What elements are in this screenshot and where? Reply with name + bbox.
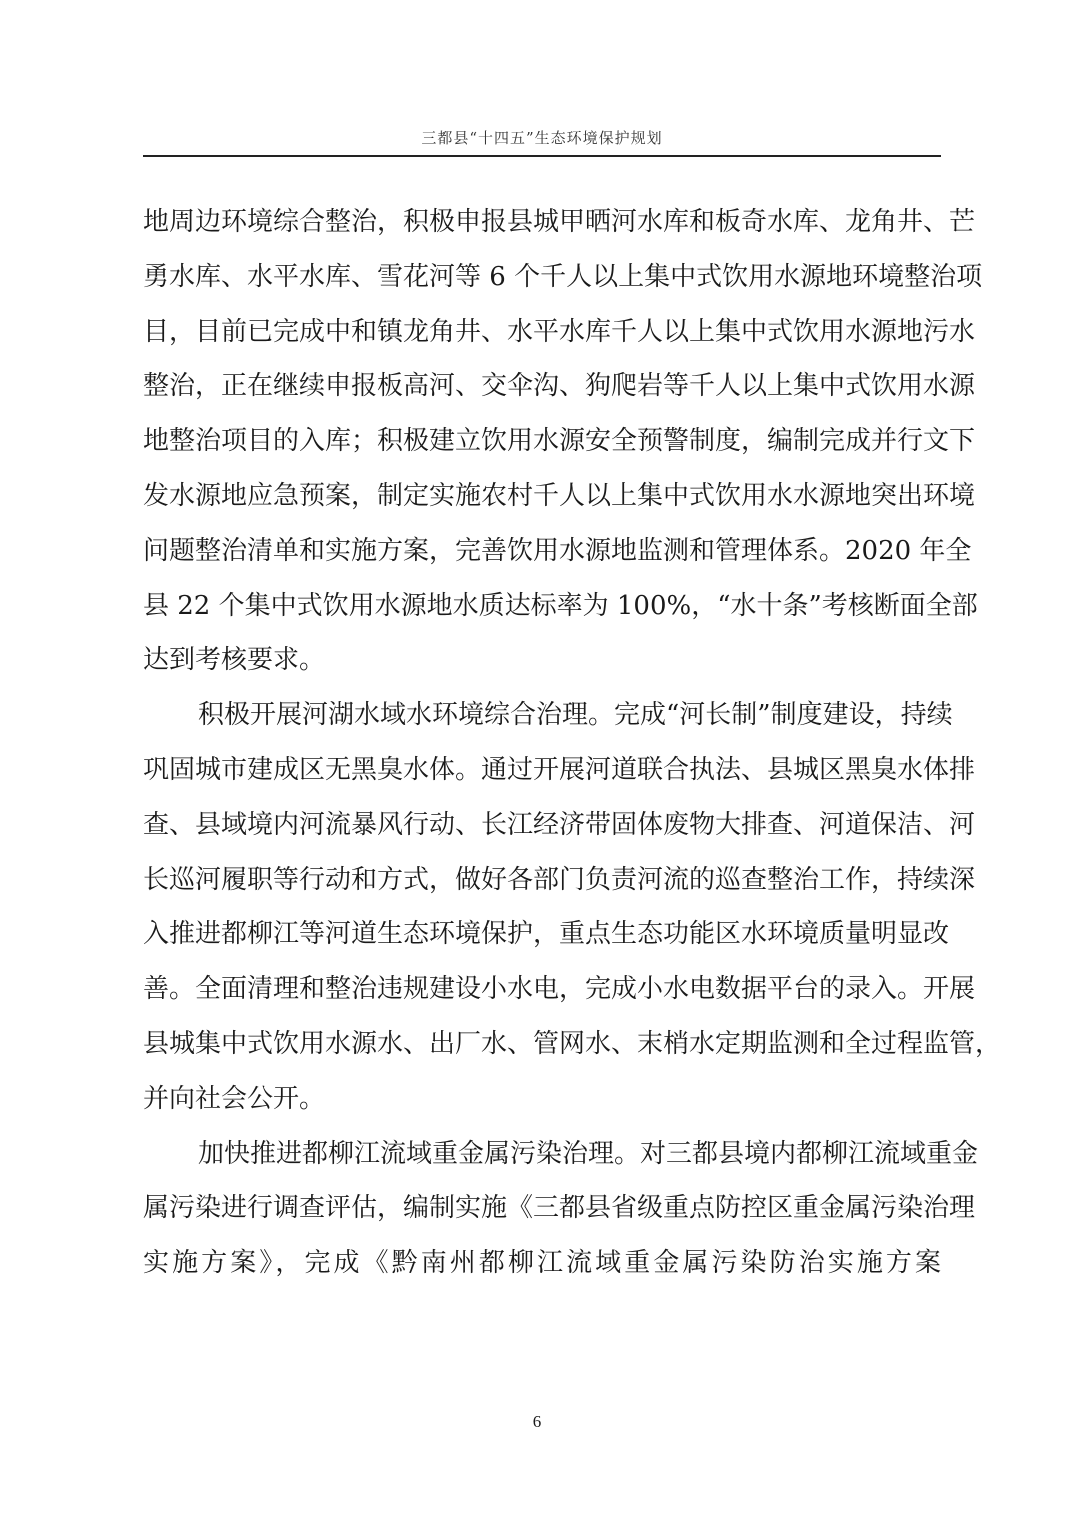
- text-line: 整治，正在继续申报板高河、交伞沟、狗爬岩等千人以上集中式饮用水源: [143, 359, 941, 414]
- body-text: 地周边环境综合整治，积极申报县城甲晒河水库和板奇水库、龙角井、芒 勇水库、水平水…: [143, 195, 941, 1291]
- text-line: 并向社会公开。: [143, 1072, 941, 1127]
- running-header: 三都县“十四五”生态环境保护规划: [143, 128, 941, 148]
- text-line: 查、县域境内河流暴风行动、长江经济带固体废物大排查、河道保洁、河: [143, 798, 941, 853]
- text-line: 目，目前已完成中和镇龙角井、水平水库千人以上集中式饮用水源地污水: [143, 305, 941, 360]
- text-line: 巩固城市建成区无黑臭水体。通过开展河道联合执法、县城区黑臭水体排: [143, 743, 941, 798]
- text-line: 积极开展河湖水域水环境综合治理。完成“河长制”制度建设，持续: [143, 688, 941, 743]
- text-line: 县 22 个集中式饮用水源地水质达标率为 100%，“水十条”考核断面全部: [143, 579, 941, 634]
- header-divider: [143, 155, 941, 157]
- text-line: 发水源地应急预案，制定实施农村千人以上集中式饮用水水源地突出环境: [143, 469, 941, 524]
- text-line: 入推进都柳江等河道生态环境保护，重点生态功能区水环境质量明显改: [143, 907, 941, 962]
- text-line: 实施方案》，完成《黔南州都柳江流域重金属污染防治实施方案: [143, 1236, 941, 1291]
- text-line: 加快推进都柳江流域重金属污染治理。对三都县境内都柳江流域重金: [143, 1127, 941, 1182]
- text-line: 县城集中式饮用水源水、出厂水、管网水、末梢水定期监测和全过程监管，: [143, 1017, 941, 1072]
- text-line: 长巡河履职等行动和方式，做好各部门负责河流的巡查整治工作，持续深: [143, 853, 941, 908]
- paragraph-river-lake-governance: 积极开展河湖水域水环境综合治理。完成“河长制”制度建设，持续 巩固城市建成区无黑…: [143, 688, 941, 1126]
- text-line: 问题整治清单和实施方案，完善饮用水源地监测和管理体系。2020 年全: [143, 524, 941, 579]
- text-line: 地周边环境综合整治，积极申报县城甲晒河水库和板奇水库、龙角井、芒: [143, 195, 941, 250]
- text-line: 勇水库、水平水库、雪花河等 6 个千人以上集中式饮用水源地环境整治项: [143, 250, 941, 305]
- paragraph-heavy-metal-pollution: 加快推进都柳江流域重金属污染治理。对三都县境内都柳江流域重金 属污染进行调查评估…: [143, 1127, 941, 1291]
- text-line: 地整治项目的入库；积极建立饮用水源安全预警制度，编制完成并行文下: [143, 414, 941, 469]
- paragraph-water-source-remediation: 地周边环境综合整治，积极申报县城甲晒河水库和板奇水库、龙角井、芒 勇水库、水平水…: [143, 195, 941, 688]
- text-line: 善。全面清理和整治违规建设小水电，完成小水电数据平台的录入。开展: [143, 962, 941, 1017]
- text-line: 属污染进行调查评估，编制实施《三都县省级重点防控区重金属污染治理: [143, 1181, 941, 1236]
- text-line: 达到考核要求。: [143, 633, 941, 688]
- page-number: 6: [0, 1412, 1074, 1432]
